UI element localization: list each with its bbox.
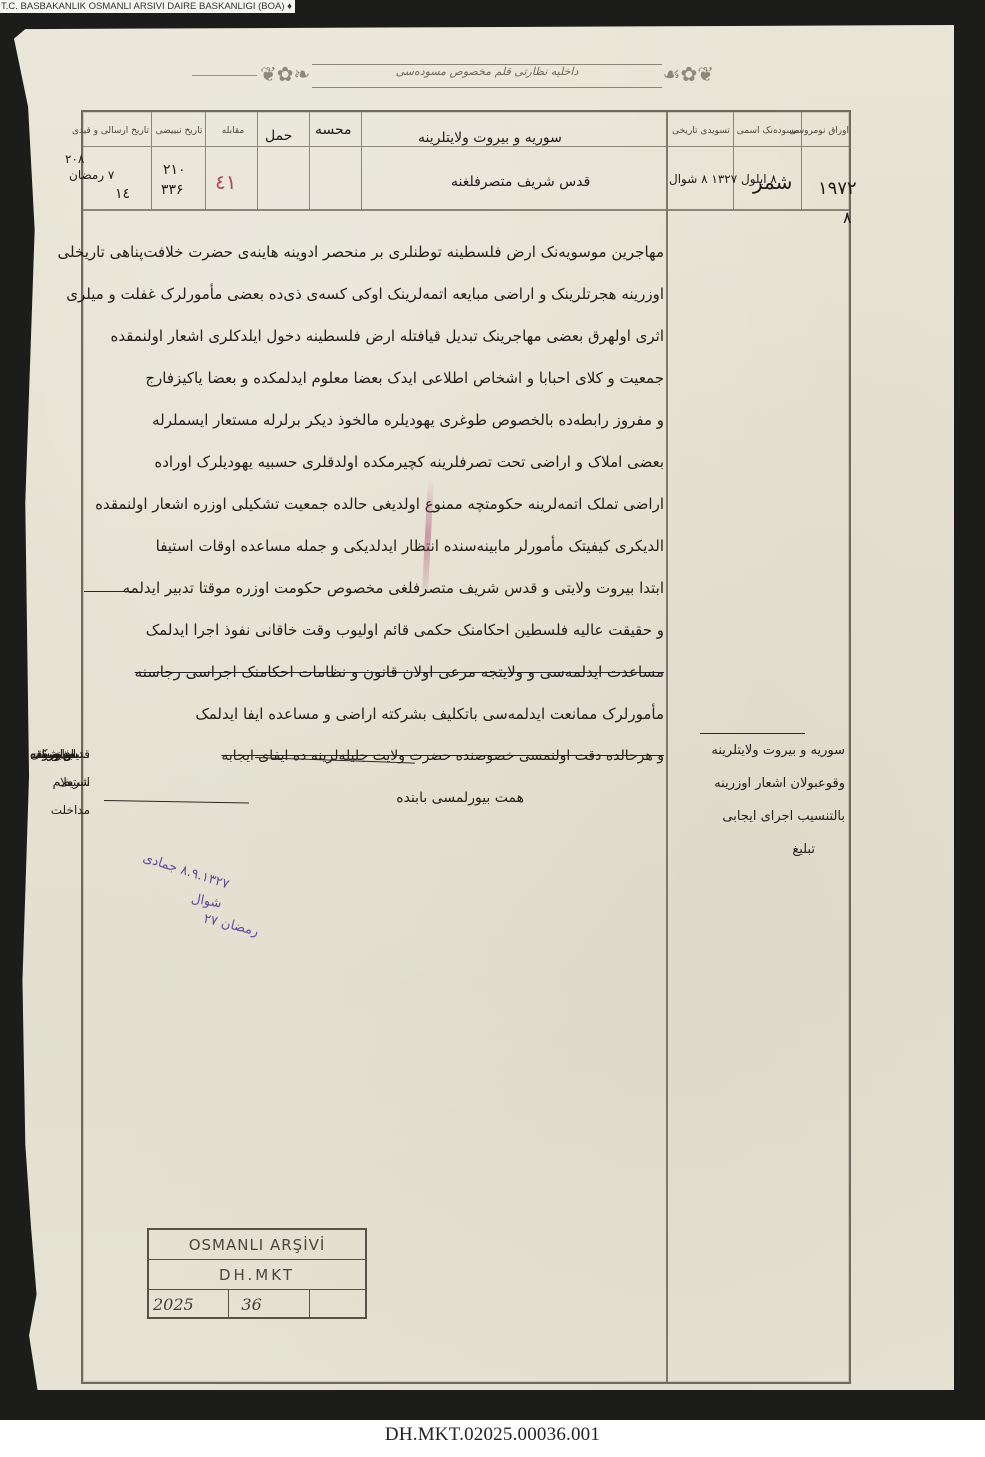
stamp-extra-slot [309,1290,365,1319]
document-body: مهاجرین موسویه‌نک ارض فلسطینه توطنلری بر… [89,242,664,802]
side-note: سوریه و بیروت ولایتلرینه وقوعبولان اشعار… [675,734,845,866]
tebyiz-number: ۲۱۰ [163,162,186,178]
stamp-file-number: 36 [228,1290,309,1319]
body-line: ابتدا بیروت ولایتی و قدس شریف متصرفلغی م… [123,578,664,598]
paragraph-rule [84,591,134,592]
header-mukabele: مقابله [209,126,257,136]
archive-stamp: OSMANLI ARŞİVİ DH.MKT 2025 36 [147,1228,367,1319]
red-register-mark: ٤١ [215,170,236,194]
letterhead-caption: داخلیه نظارتی قلم مخصوص مسوده‌سی [252,65,722,78]
letterhead-rule [192,75,257,76]
stamp-reference-row: 2025 36 [149,1290,365,1319]
header-kontrol: حمل [265,128,292,144]
stamp-title: OSMANLI ARŞİVİ [149,1230,365,1260]
body-line: اثری اولهرق بعضی مهاجرینک تبدیل قیافتله … [111,326,664,346]
blue-pencil-ref: رمضان ۲۷ [202,911,260,939]
irsal-month: ۷ رمضان [69,168,114,182]
body-line: اوزرینه هجرتلرینک و اراضی مبایعه اتمه‌لر… [66,284,664,304]
letterhead: ❦✿❧ داخلیه نظارتی قلم مخصوص مسوده‌سی ☙✿❦ [252,60,722,90]
body-line-struck: و هرحالده دقت اولنمسی خصوصنده حضرت ولایت… [221,746,664,766]
header-evrak-numarasi: اوراق نومروسی [805,126,849,136]
margin-note-line: تبلیغ شفقه [30,740,83,768]
header-tebyiz-tarihi: تاریخ تبییضی [153,126,205,136]
header-tesvid-tarihi: تسویدی تاریخی [669,126,733,136]
blue-pencil-month: شوال [190,891,223,911]
evrak-sub-number: ۸ [843,208,852,227]
document-code: DH.MKT.02025.00036.001 [0,1424,985,1446]
cell-divider [205,112,206,209]
cell-divider [733,112,734,209]
body-line: و مفروز رابطه‌ده بالخصوص طوغری یهودیلره … [152,410,664,430]
archive-banner: T.C. BASBAKANLIK OSMANLI ARSIVI DAIRE BA… [0,0,295,13]
stamp-fond: DH.MKT [149,1260,365,1290]
table-bottom-divider [83,209,849,211]
stamp-box-number: 2025 [149,1290,228,1319]
cell-divider [361,112,362,209]
side-note-line: وقوعبولان اشعار اوزرینه [675,767,845,800]
margin-column-divider [666,112,668,1382]
body-line: اراضی تملک اتمه‌لرینه حکومتچه ممنوع اولد… [95,494,664,514]
header-muharrir-ismi: مسوده‌نک اسمی [736,126,800,136]
side-note-line: بالتنسیب اجرای ایجابی [675,800,845,833]
subject-recipient: قدس شریف متصرفلغنه [451,174,590,190]
body-line: بعضی املاک و اراضی تحت تصرفلرینه کچیرمکد… [154,452,664,472]
body-line: جمعیت و کلای احبابا و اشخاص اطلاعی ایدک … [145,368,664,388]
body-line: مهاجرین موسویه‌نک ارض فلسطینه توطنلری بر… [58,242,664,262]
irsal-number: ۲۰۸ [65,152,84,166]
cell-divider [257,112,258,209]
tesvid-date: ۸ ایلول ۱۳۲۷ ۸ شوال [669,172,777,186]
header-row-divider [83,146,849,147]
right-flourish-icon: ☙✿❦ [663,62,714,86]
side-note-rule [700,733,805,734]
header-irsal-tarihi: تاریخ ارسالی و قیدی [85,126,149,136]
side-note-line: تبلیغ [675,833,845,866]
blue-pencil-date: ۸.۹.۱۳۲۷ جمادی [141,850,231,892]
evrak-number: ۱۹۷۲ [818,178,857,199]
side-note-line: سوریه و بیروت ولایتلرینه [675,734,845,767]
tebyiz-number-2: ۳۳۶ [161,182,184,198]
register-frame: اوراق نومروسی مسوده‌نک اسمی تسویدی تاریخ… [81,110,851,1384]
body-closing-line: همت بیورلمسی بابنده [396,788,524,808]
cell-divider [151,112,152,209]
body-line: و حقیقت عالیه فلسطین احکامنک حکمی قائم ا… [146,620,664,640]
body-line-struck: مساعدت ایدلمه‌سی و ولایتجه مرعی اولان قا… [135,662,664,682]
addressee-heading: سوریه و بیروت ولایتلرینه [418,130,562,146]
irsal-day: ۱٤ [115,186,130,202]
body-line: الدیکری کیفیتک مأمورلر مابینه‌سنده انتظا… [156,536,664,556]
header-muhasebe: محسه [315,122,352,138]
cell-divider [309,112,310,209]
body-line: مأمورلرک ممانعت ایدلمه‌سی باتکلیف بشرکته… [195,704,664,724]
